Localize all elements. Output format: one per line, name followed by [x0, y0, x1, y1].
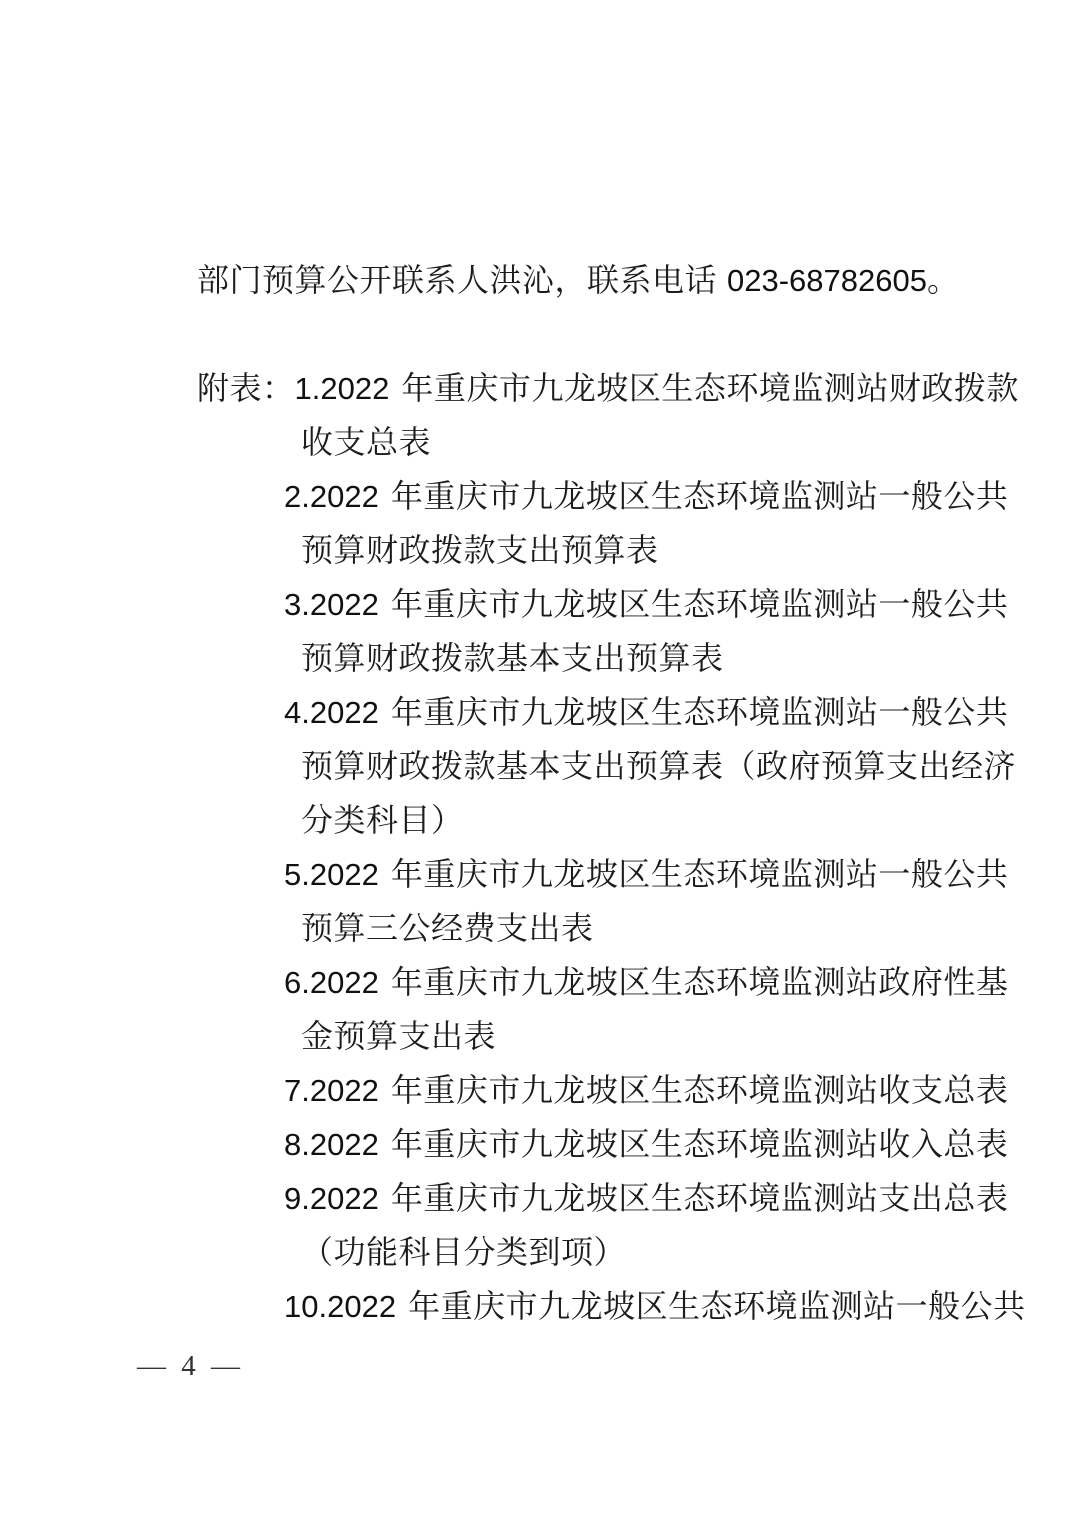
item-text: 金预算支出表 [301, 1018, 496, 1054]
attachment-label: 附表： [197, 361, 295, 415]
attachment-item-9-line-2: （功能科目分类到项） [197, 1225, 942, 1279]
attachment-item-1-line-1: 附表：1.2022年重庆市九龙坡区生态环境监测站财政拨款 [197, 361, 942, 415]
attachment-item-4-line-3: 分类科目） [197, 793, 942, 847]
item-number: 7.2022 [284, 1073, 379, 1108]
attachment-item-3-line-1: 3.2022年重庆市九龙坡区生态环境监测站一般公共 [197, 577, 942, 631]
item-text: 年重庆市九龙坡区生态环境监测站一般公共 [391, 586, 1009, 622]
item-number: 6.2022 [284, 965, 379, 1000]
contact-line: 部门预算公开联系人洪沁，联系电话023-68782605。 [197, 253, 942, 307]
attachment-item-4-line-2: 预算财政拨款基本支出预算表（政府预算支出经济 [197, 739, 942, 793]
item-text: 年重庆市九龙坡区生态环境监测站支出总表 [391, 1180, 1009, 1216]
item-number: 9.2022 [284, 1181, 379, 1216]
attachment-item-1-line-2: 收支总表 [197, 415, 942, 469]
item-text: 年重庆市九龙坡区生态环境监测站一般公共 [391, 694, 1009, 730]
attachment-item-8-line-1: 8.2022年重庆市九龙坡区生态环境监测站收入总表 [197, 1117, 942, 1171]
item-text: 年重庆市九龙坡区生态环境监测站一般公共 [391, 478, 1009, 514]
page-body-text: 部门预算公开联系人洪沁，联系电话023-68782605。 附表：1.2022年… [197, 253, 942, 1333]
item-text: 预算财政拨款基本支出预算表（政府预算支出经济 [301, 748, 1016, 784]
item-text: 分类科目） [301, 802, 464, 838]
attachment-item-5-line-2: 预算三公经费支出表 [197, 901, 942, 955]
item-text: 年重庆市九龙坡区生态环境监测站财政拨款 [401, 370, 1019, 406]
attachment-item-9-line-1: 9.2022年重庆市九龙坡区生态环境监测站支出总表 [197, 1171, 942, 1225]
item-text: 预算财政拨款基本支出预算表 [301, 640, 724, 676]
contact-phone-number: 023-68782605 [727, 263, 927, 298]
attachment-item-3-line-2: 预算财政拨款基本支出预算表 [197, 631, 942, 685]
item-number: 10.2022 [284, 1289, 396, 1324]
attachment-item-6-line-1: 6.2022年重庆市九龙坡区生态环境监测站政府性基 [197, 955, 942, 1009]
item-number: 4.2022 [284, 695, 379, 730]
item-text: 年重庆市九龙坡区生态环境监测站收入总表 [391, 1126, 1009, 1162]
item-text: 预算财政拨款支出预算表 [301, 532, 659, 568]
attachment-item-7-line-1: 7.2022年重庆市九龙坡区生态环境监测站收支总表 [197, 1063, 942, 1117]
item-text: 年重庆市九龙坡区生态环境监测站一般公共 [408, 1288, 1026, 1324]
item-number: 8.2022 [284, 1127, 379, 1162]
attachment-item-2-line-1: 2.2022年重庆市九龙坡区生态环境监测站一般公共 [197, 469, 942, 523]
document-page: { "document": { "contact": { "prefix": "… [0, 0, 1074, 1520]
item-text: 预算三公经费支出表 [301, 910, 594, 946]
contact-text: 部门预算公开联系人洪沁，联系电话 [197, 262, 717, 298]
item-number: 3.2022 [284, 587, 379, 622]
attachment-item-4-line-1: 4.2022年重庆市九龙坡区生态环境监测站一般公共 [197, 685, 942, 739]
item-text: （功能科目分类到项） [301, 1234, 626, 1270]
item-number: 1.2022 [295, 371, 390, 406]
item-text: 年重庆市九龙坡区生态环境监测站收支总表 [391, 1072, 1009, 1108]
contact-period: 。 [927, 262, 960, 298]
page-number: — 4 — [137, 1348, 244, 1384]
item-text: 年重庆市九龙坡区生态环境监测站一般公共 [391, 856, 1009, 892]
blank-line [197, 307, 942, 361]
item-number: 5.2022 [284, 857, 379, 892]
item-text: 年重庆市九龙坡区生态环境监测站政府性基 [391, 964, 1009, 1000]
attachment-item-5-line-1: 5.2022年重庆市九龙坡区生态环境监测站一般公共 [197, 847, 942, 901]
attachment-item-6-line-2: 金预算支出表 [197, 1009, 942, 1063]
item-text: 收支总表 [301, 424, 431, 460]
item-number: 2.2022 [284, 479, 379, 514]
attachment-item-10-line-1: 10.2022年重庆市九龙坡区生态环境监测站一般公共 [197, 1279, 942, 1333]
attachment-item-2-line-2: 预算财政拨款支出预算表 [197, 523, 942, 577]
